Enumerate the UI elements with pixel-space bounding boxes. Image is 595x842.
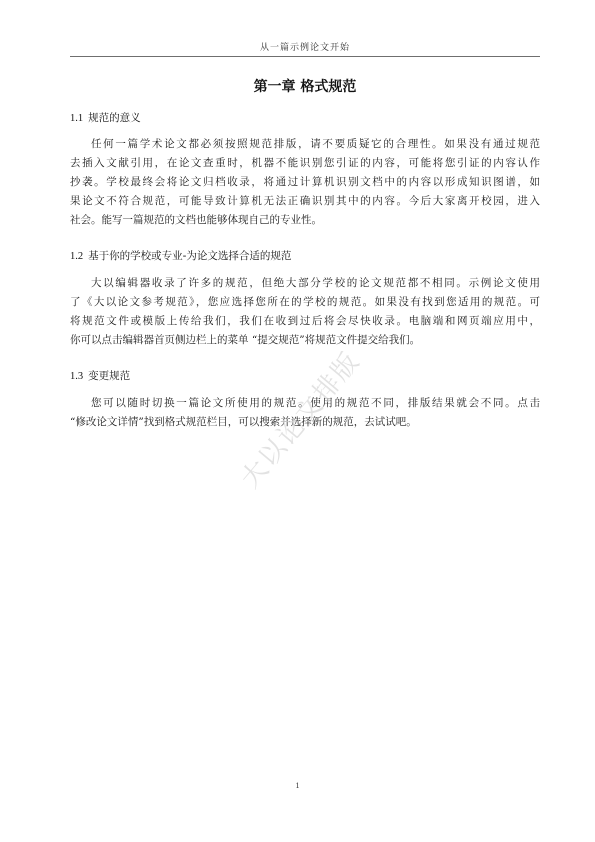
section-heading-1-1: 1.1规范的意义: [70, 110, 540, 125]
page-number: 1: [0, 781, 595, 790]
paragraph-line: 你可以点击编辑器首页侧边栏上的菜单 “提交规范”将规范文件提交给我们。: [70, 334, 540, 347]
paragraph-line: 了《大以论文参考规范》，您应选择您所在的学校的规范。如果没有找到您适用的规范。可: [70, 296, 540, 309]
section-number: 1.3: [70, 371, 83, 382]
paragraph-line: 任何一篇学术论文都必须按照规范排版，请不要质疑它的合理性。如果没有通过规范: [91, 138, 540, 151]
paragraph-line: 去插入文献引用，在论文查重时，机器不能识别您引证的内容，可能将您引证的内容认作: [70, 157, 540, 170]
section-title: 规范的意义: [88, 112, 141, 124]
document-page: 从一篇示例论文开始 第一章 格式规范 1.1规范的意义 任何一篇学术论文都必须按…: [0, 0, 595, 842]
section-number: 1.2: [70, 251, 83, 262]
paragraph-line: “修改论文详情”找到格式规范栏目，可以搜索并选择新的规范，去试试吧。: [70, 416, 540, 429]
running-header: 从一篇示例论文开始: [70, 40, 540, 53]
section-title: 基于你的学校或专业-为论文选择合适的规范: [88, 250, 291, 262]
paragraph-line: 大以编辑器收录了许多的规范，但绝大部分学校的论文规范都不相同。示例论文使用: [91, 277, 540, 290]
section-heading-1-3: 1.3变更规范: [70, 368, 540, 383]
section-number: 1.1: [70, 113, 83, 124]
header-divider: [70, 56, 540, 57]
section-title: 变更规范: [88, 370, 130, 382]
paragraph-line: 社会。能写一篇规范的文档也能够体现自己的专业性。: [70, 214, 540, 227]
paragraph-line: 抄袭。学校最终会将论文归档收录，将通过计算机识别文档中的内容以形成知识图谱，如: [70, 176, 540, 189]
paragraph-line: 将规范文件或模版上传给我们，我们在收到过后将会尽快收录。电脑端和网页端应用中，: [70, 315, 540, 328]
chapter-title: 第一章 格式规范: [70, 76, 540, 96]
paragraph-line: 您可以随时切换一篇论文所使用的规范。使用的规范不同，排版结果就会不同。点击: [91, 397, 540, 410]
section-heading-1-2: 1.2基于你的学校或专业-为论文选择合适的规范: [70, 248, 540, 263]
paragraph-line: 果论文不符合规范，可能导致计算机无法正确识别其中的内容。今后大家离开校园，进入: [70, 195, 540, 208]
